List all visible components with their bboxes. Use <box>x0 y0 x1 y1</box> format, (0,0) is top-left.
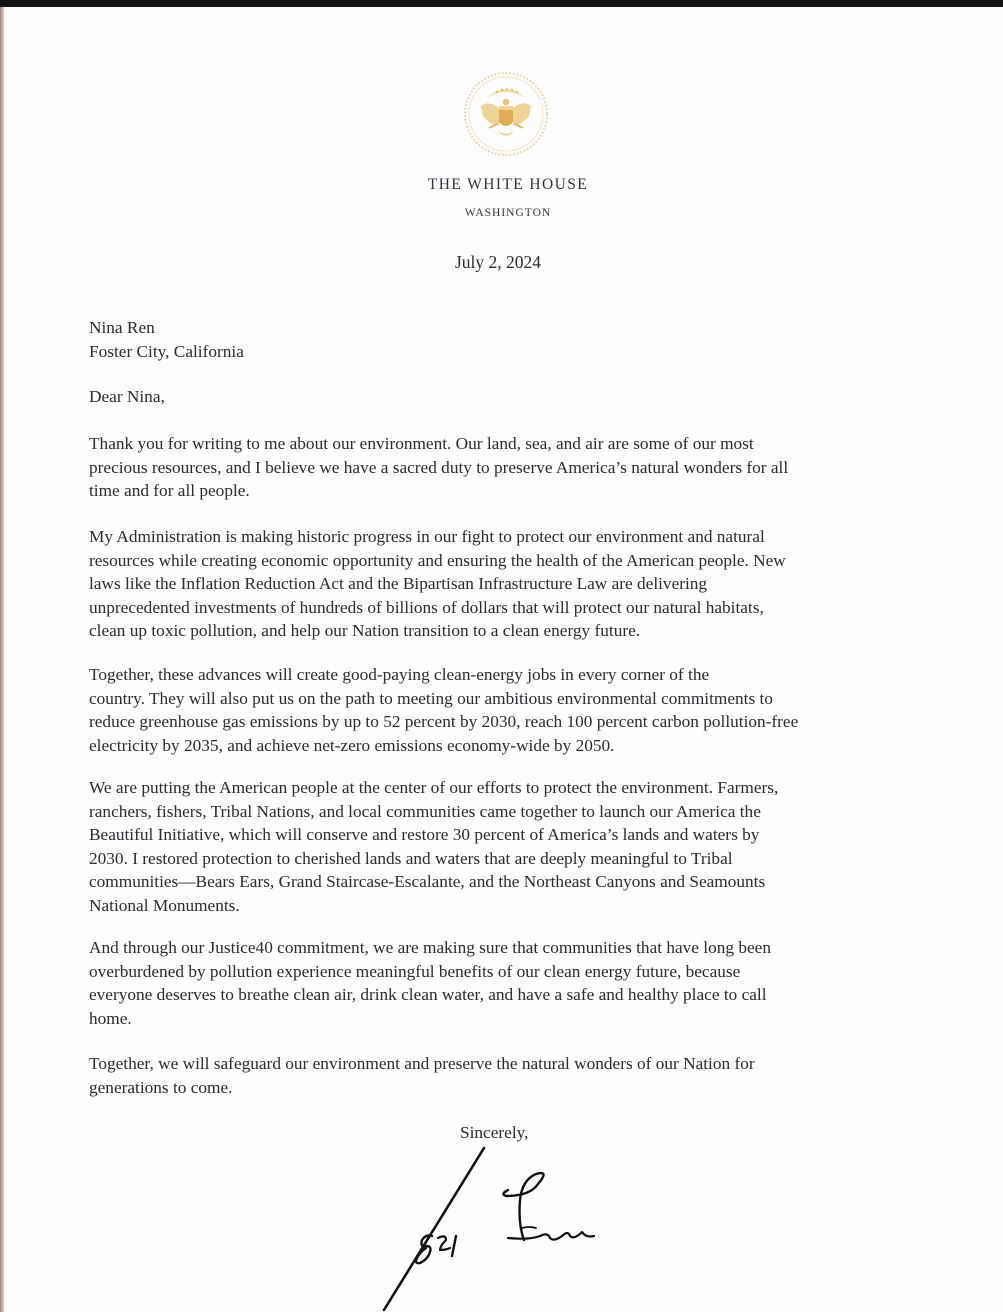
paragraph-line: country. They will also put us on the pa… <box>89 687 909 711</box>
letterhead-title: THE WHITE HOUSE <box>0 176 1003 194</box>
paragraph-5: And through our Justice40 commitment, we… <box>89 936 909 1030</box>
paragraph-line: everyone deserves to breathe clean air, … <box>89 983 909 1007</box>
paragraph-line: electricity by 2035, and achieve net-zer… <box>89 734 909 758</box>
presidential-seal-icon <box>461 70 551 158</box>
paragraph-line: Together, these advances will create goo… <box>89 663 909 687</box>
paragraph-line: clean up toxic pollution, and help our N… <box>89 619 909 643</box>
paragraph-2: My Administration is making historic pro… <box>89 525 909 643</box>
paragraph-line: We are putting the American people at th… <box>89 776 909 800</box>
paragraph-3: Together, these advances will create goo… <box>89 663 909 757</box>
paragraph-line: Beautiful Initiative, which will conserv… <box>89 823 909 847</box>
paragraph-line: communities—Bears Ears, Grand Staircase-… <box>89 870 909 894</box>
paragraph-line: And through our Justice40 commitment, we… <box>89 936 909 960</box>
paragraph-line: laws like the Inflation Reduction Act an… <box>89 572 909 596</box>
letter-page <box>4 7 1003 1312</box>
paragraph-4: We are putting the American people at th… <box>89 776 909 918</box>
recipient-location: Foster City, California <box>89 340 909 364</box>
salutation-text: Dear Nina, <box>89 385 909 409</box>
paragraph-line: Together, we will safeguard our environm… <box>89 1052 909 1076</box>
paragraph-line: home. <box>89 1007 909 1031</box>
recipient-name: Nina Ren <box>89 316 909 340</box>
paragraph-line: ranchers, fishers, Tribal Nations, and l… <box>89 800 909 824</box>
paragraph-line: time and for all people. <box>89 479 909 503</box>
photo-top-border <box>0 0 1003 7</box>
paragraph-line: generations to come. <box>89 1076 909 1100</box>
paragraph-1: Thank you for writing to me about our en… <box>89 432 909 503</box>
paragraph-line: unprecedented investments of hundreds of… <box>89 596 909 620</box>
paragraph-line: resources while creating economic opport… <box>89 549 909 573</box>
paragraph-line: reduce greenhouse gas emissions by up to… <box>89 710 909 734</box>
paragraph-line: Thank you for writing to me about our en… <box>89 432 909 456</box>
letterhead-subtitle: WASHINGTON <box>0 207 1003 219</box>
paragraph-line: overburdened by pollution experience mea… <box>89 960 909 984</box>
salutation: Dear Nina, <box>89 385 909 409</box>
handwritten-signature-icon <box>380 1140 620 1312</box>
paragraph-6: Together, we will safeguard our environm… <box>89 1052 909 1099</box>
recipient-block: Nina Ren Foster City, California <box>89 316 909 363</box>
paragraph-line: precious resources, and I believe we hav… <box>89 456 909 480</box>
paragraph-line: My Administration is making historic pro… <box>89 525 909 549</box>
paragraph-line: 2030. I restored protection to cherished… <box>89 847 909 871</box>
paragraph-line: National Monuments. <box>89 894 909 918</box>
letter-date: July 2, 2024 <box>0 252 996 273</box>
